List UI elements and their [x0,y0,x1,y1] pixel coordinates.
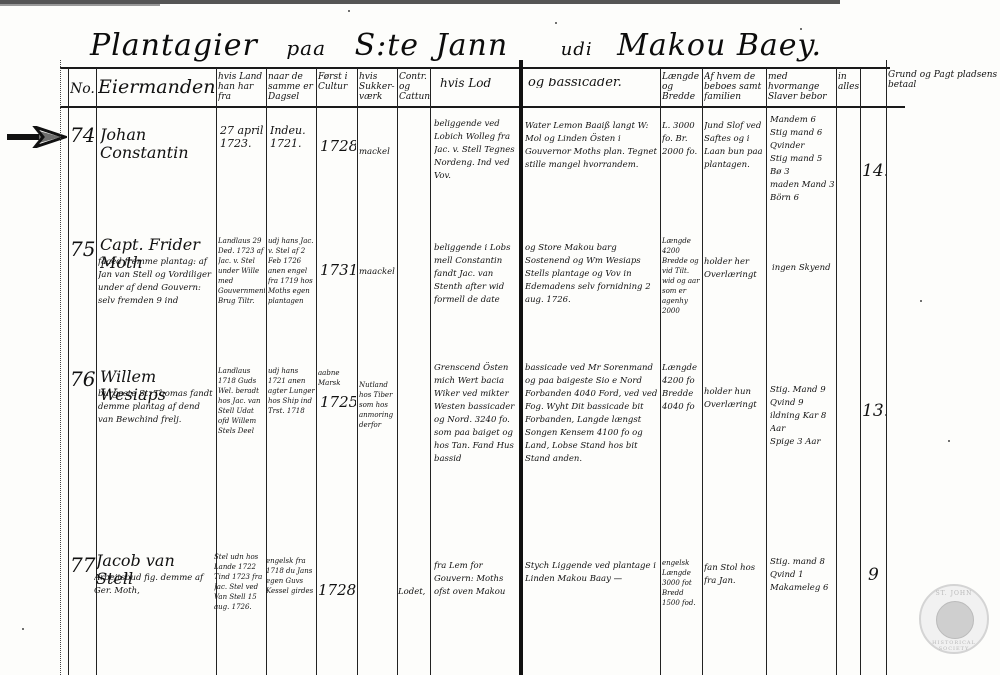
seal-basket-image [936,601,974,639]
slave-entry: Börn 6 [770,192,836,205]
row-75-cotton: maackel [359,266,397,279]
row-76-since-when: udj hans 1721 anen agter Lunger hos Ship… [268,366,315,426]
row-76-cotton: Nutland hos Tiber som hos anmoring derfo… [359,380,397,430]
row-76-slaves: Stig. Mand 9 Qvind 9 ildning Kar 8 Aar S… [770,384,836,449]
header-total: in alles [838,72,860,92]
row-74-number: 74. [70,124,96,146]
slave-entry: Stig. mand 8 [770,556,836,569]
margin-dotted-line [60,60,61,675]
row-74-owner: Johan Constantin [100,126,216,162]
header-cotton: Contr. og Cattun [399,72,430,102]
row-76-year-note: aabne Marsk [318,368,356,388]
row-74-situated: beliggende ved Lobich Wolleg fra Jac. v.… [434,118,518,198]
row-74-family: Jund Slof ved Saftes og i Laan bun paa p… [704,120,766,180]
col-line-13 [836,68,837,675]
scan-edge-top-shadow [0,4,160,6]
header-owner: Eiermandene [98,76,216,98]
row-76-owner-note: burgeste St. Thomas fandt demme plantag … [98,388,214,436]
header-slaves: med hvormange Slaver bebor [768,72,836,102]
title-word-paa: paa [286,36,326,60]
row-75-owner-note: faaed fremme plantag: af Jan van Stell o… [98,256,214,304]
row-77-since-when: engelsk fra 1718 du Jans egen Guvs Kesse… [266,556,314,606]
slave-entry: Makameleg 6 [770,582,836,595]
header-notes: Grund og Pagt pladsens betaal [888,70,998,90]
col-line-12 [766,68,767,675]
row-76-number: 76. [70,368,96,390]
slave-entry: Qvinder [770,140,836,153]
row-74-slaves: Mandem 6 Stig mand 6 Qvinder Stig mand 5… [770,114,836,205]
scan-speck [920,300,922,302]
slave-entry: Qvind 1 [770,569,836,582]
row-77-bounded: Stych Liggende ved plantage i Linden Mak… [525,560,659,600]
row-77-family: fan Stol hos fra Jan. [704,562,766,602]
row-77-slaves: Stig. mand 8 Qvind 1 Makameleg 6 [770,556,836,595]
row-77-situated: fra Lem for Gouvern: Moths ofst oven Mak… [434,560,518,610]
row-76-length: Længde 4200 fo Bredde 4040 fo [662,362,702,422]
header-since-when: naar de samme er Dagsel [268,72,314,102]
title-word-makou-baey: Makou Baey. [617,28,822,63]
header-bounded: og bassicader. [528,78,658,88]
header-no: No. [70,78,96,100]
row-74-year-cultivated: 1728 [320,138,356,155]
row-76-family: holder hun Overlæringt [704,386,766,416]
title-word-udi: udi [561,39,593,60]
header-length: Længde og Bredde [662,72,702,102]
row-77-number: 77. [70,554,96,576]
col-line-8 [430,68,431,675]
header-year-cultivated: Først i Cultur [318,72,356,92]
header-situated: hvis Lod [440,78,518,88]
scan-speck [800,28,802,30]
header-bottom-rule [60,106,905,108]
page-title: Plantagier paa S:te Jann udi Makou Baey. [90,28,822,63]
slave-entry: maden Mand 3 [770,179,836,192]
slave-entry: Spige 3 Aar [770,436,836,449]
row-74-total: 14. [862,162,886,181]
row-74-land-from: 27 april 1723. [220,124,264,150]
row-75-situated: beliggende i Lobs mell Constantin fandt … [434,242,518,312]
header-sugar: hvis Sukker-værk [359,72,397,102]
col-line-6 [357,68,358,675]
row-74-bounded: Water Lemon Baaiß langt W: Mol og Linden… [525,120,659,190]
row-77-owner-note: Arbejtsbud fig. demme af Ger. Moth, [94,572,212,602]
row-75-family: holder her Overlæringt [704,256,766,286]
slave-entry: Bø 3 [770,166,836,179]
slave-entry: Stig mand 6 [770,127,836,140]
row-77-total: 9 [868,566,886,585]
row-75-number: 75. [70,238,96,260]
header-family: Af hvem de beboes samt familien [704,72,766,102]
row-75-slaves: ingen Skyend [772,262,836,275]
slave-entry: Stig. Mand 9 [770,384,836,397]
row-75-since-when: udj hans Jac. v. Stel af 2 Feb 1726 anen… [268,236,315,306]
scan-speck [22,628,24,630]
row-74-since-when: Indeu. 1721. [270,124,314,150]
row-75-length: Længde 4200 Bredde og vid Tilt. wid og a… [662,236,702,328]
row-75-land-from: Landlaus 29 Ded. 1723 af Jac. v. Stel un… [218,236,265,312]
right-arrow-icon [5,126,67,148]
row-77-land-from: Stel udn hos Lande 1722 Tind 1723 fra Ja… [214,552,264,612]
seal-top-text: ST. JOHN [919,590,989,597]
row-77-length: engelsk Længde 3000 fot Bredd 1500 fod. [662,558,702,618]
col-line-1 [68,68,69,675]
col-line-14 [860,68,861,675]
scan-speck [555,22,557,24]
slave-entry: Qvind 9 [770,397,836,410]
col-line-10 [660,68,661,675]
col-line-11 [702,68,703,675]
col-line-15 [886,60,887,675]
row-74-length: L. 3000 fo. Br. 2000 fo. [662,120,702,160]
slave-entry: Stig mand 5 [770,153,836,166]
title-word-plantagier: Plantagier [90,28,258,63]
seal-bottom-text: HISTORICAL SOCIETY [919,640,989,652]
row-75-bounded: og Store Makou barg Sostenend og Wm Wesi… [525,242,659,312]
row-74-cotton: mackel [359,146,397,159]
col-line-9-heavy [519,60,523,675]
basket-seal-icon: ST. JOHN HISTORICAL SOCIETY [919,584,989,654]
title-word-jann: Jann [436,28,509,63]
row-76-year-cultivated: 1725 [320,394,356,411]
row-76-land-from: Landlaus 1718 Guds Wel. beradt hos Jac. … [218,366,265,436]
row-77-year-cultivated: 1728 [318,582,356,599]
col-line-7 [397,68,398,675]
row-76-total: 13. [862,402,886,421]
col-line-5 [316,68,317,675]
title-word-ste: S:te [355,28,419,63]
slave-entry: Mandem 6 [770,114,836,127]
slave-entry: ildning Kar 8 Aar [770,410,836,436]
row-76-bounded: bassicade ved Mr Sorenmand og paa baiges… [525,362,659,474]
scan-speck [948,440,950,442]
row-75-year-cultivated: 1731 [320,262,356,279]
scan-speck [348,10,350,12]
row-77-cotton: Lodet, [398,586,430,599]
row-76-situated: Grenscend Östen mich Wert bacia Wiker ve… [434,362,518,474]
header-land-from: hvis Land han har fra [218,72,264,102]
